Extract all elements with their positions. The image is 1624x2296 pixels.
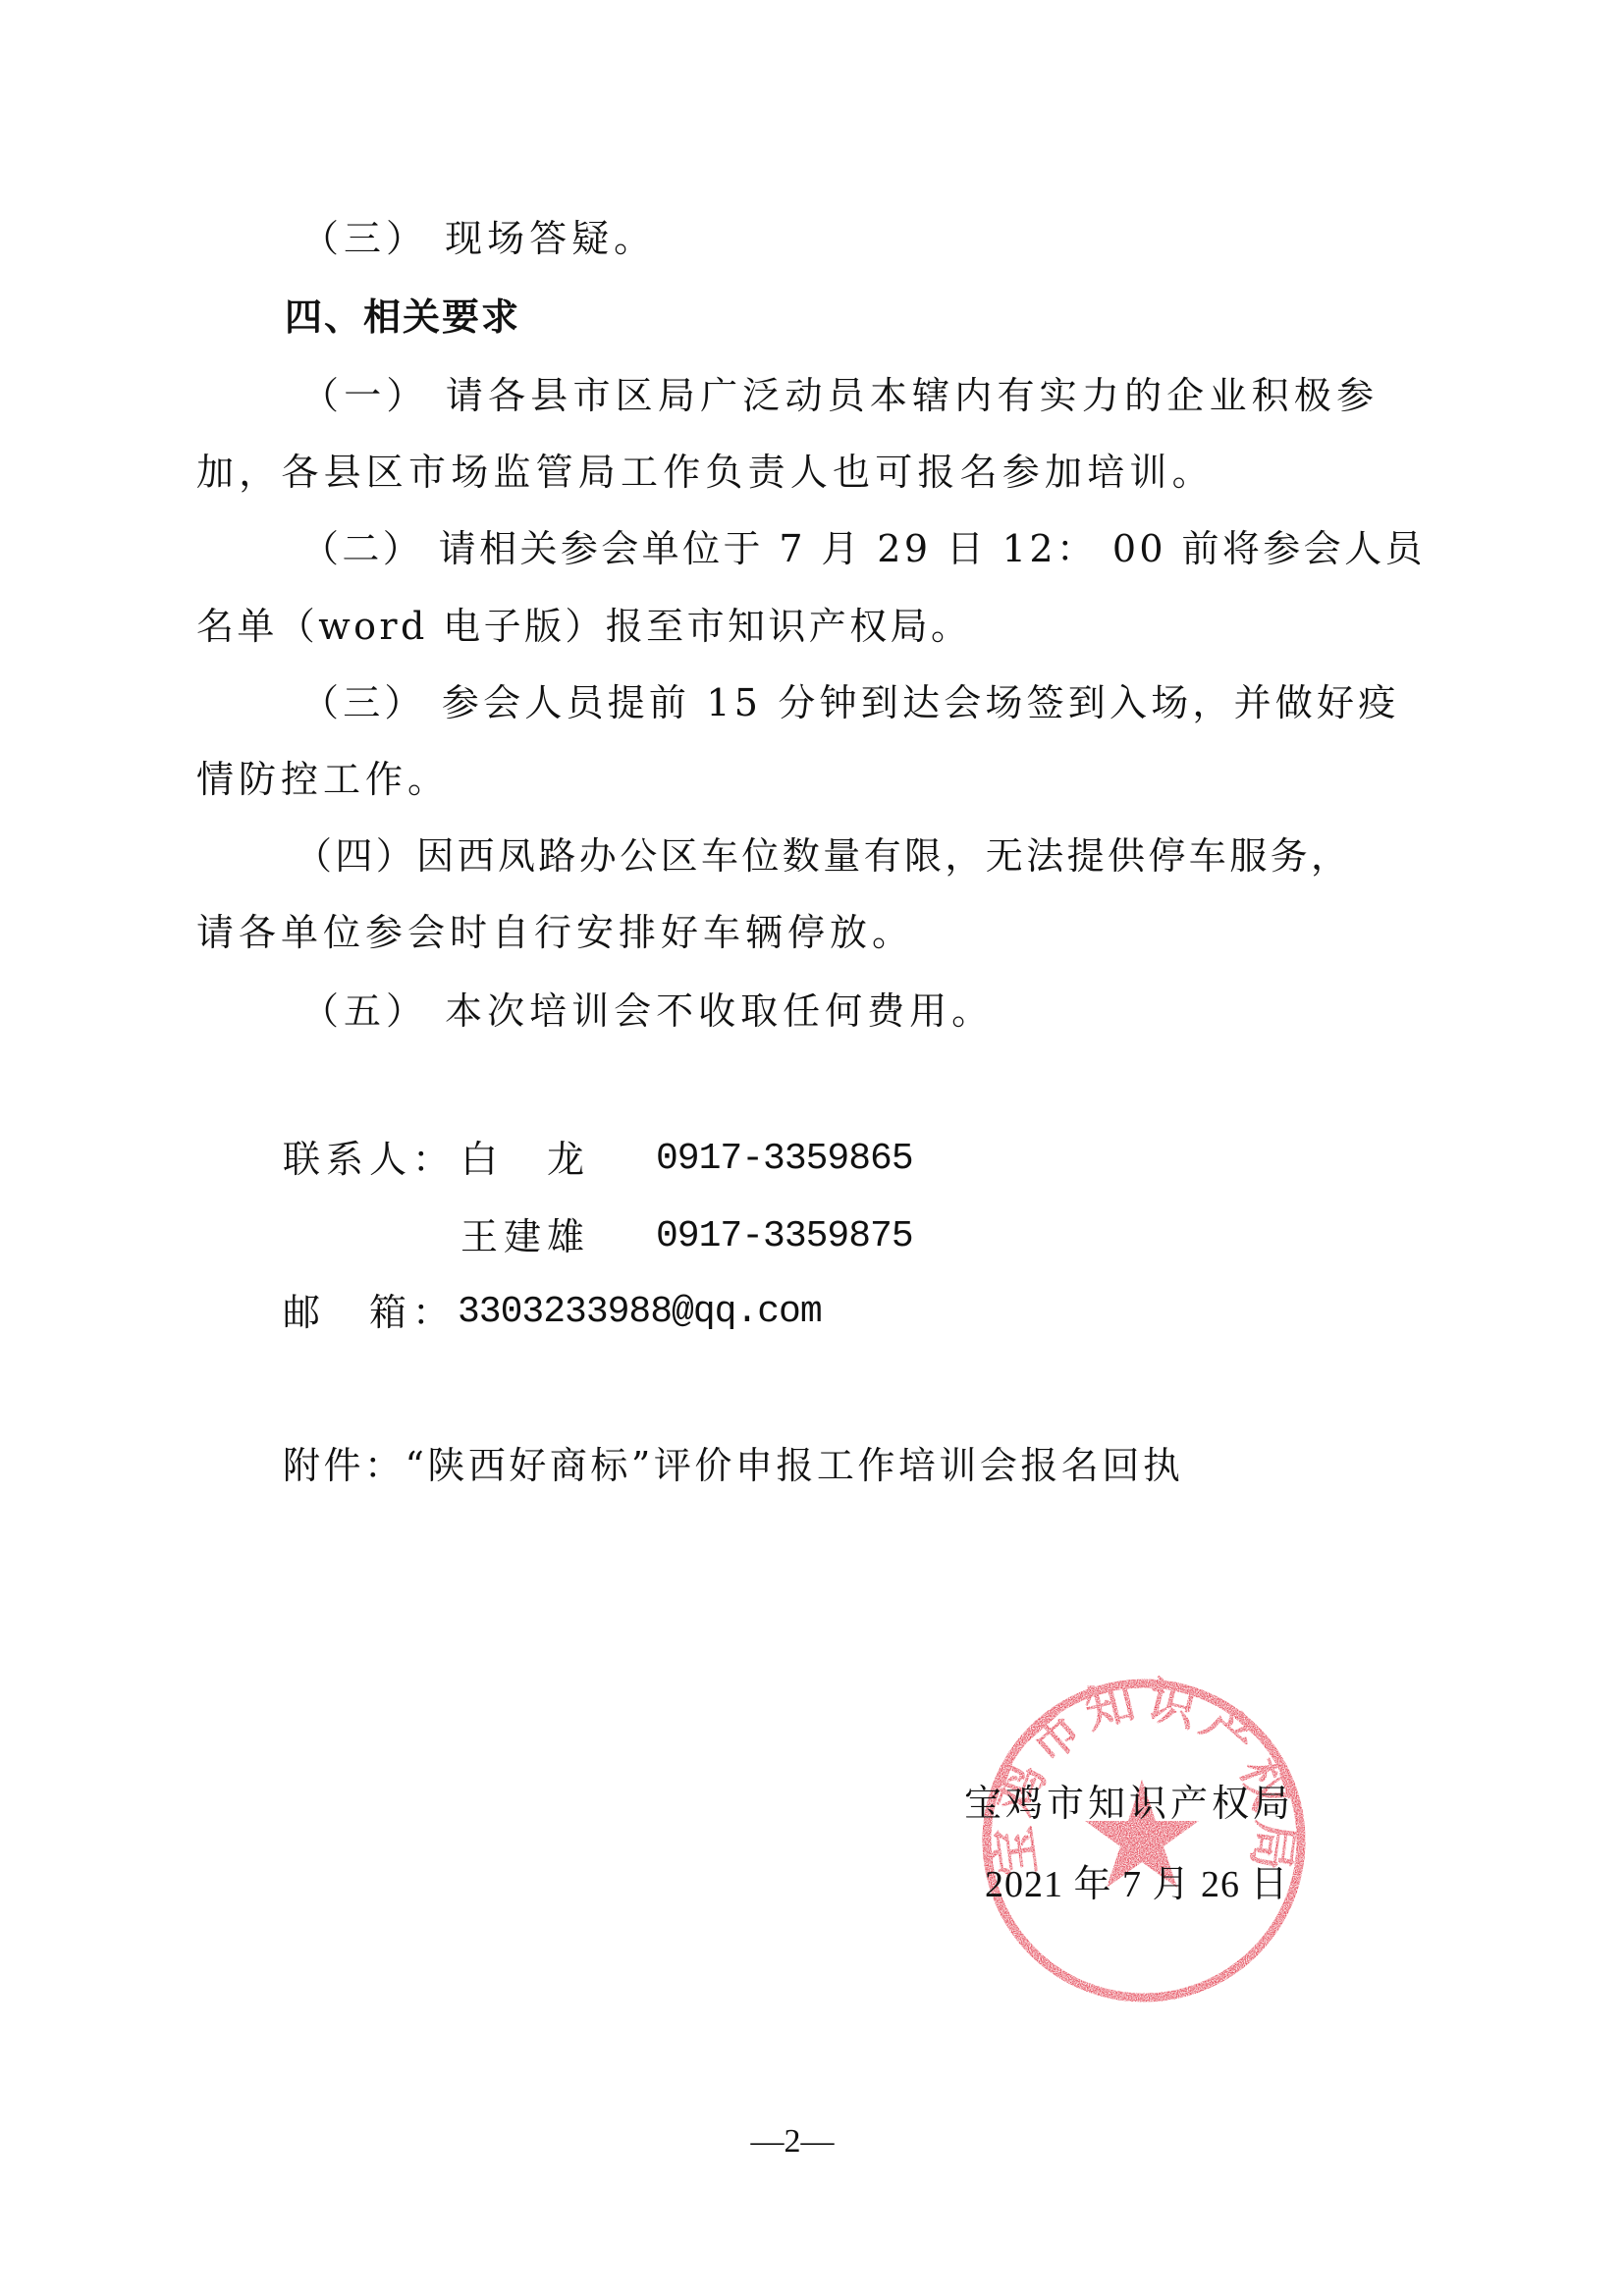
- section3-item3: （三） 现场答疑。: [301, 214, 656, 263]
- requirement-4-line-1: （四）因西凤路办公区车位数量有限，无法提供停车服务，: [295, 831, 1351, 881]
- contact-name-1: 白 龙: [460, 1135, 590, 1184]
- requirement-3-line-2: 情防控工作。: [196, 755, 450, 804]
- section-heading: 四、相关要求: [285, 293, 520, 342]
- requirement-2-line-2: 名单（word 电子版）报至市知识产权局。: [196, 602, 971, 651]
- contact-label: 联系人：: [283, 1135, 456, 1184]
- requirement-3-line-1: （三） 参会人员提前 15 分钟到达会场签到入场，并做好疫: [301, 678, 1399, 727]
- signature-date: 2021 年 7 月 26 日: [985, 1860, 1289, 1909]
- requirement-5-line-1: （五） 本次培训会不收取任何费用。: [301, 987, 994, 1036]
- signature-org: 宝鸡市知识产权局: [964, 1779, 1294, 1828]
- contact-name-2: 王建雄: [460, 1212, 590, 1261]
- requirement-4-line-2: 请各单位参会时自行安排好车辆停放。: [196, 908, 914, 957]
- email-label: 邮 箱：: [283, 1288, 456, 1337]
- page-number: —2—: [743, 2122, 841, 2162]
- attachment-note: 附件：“陕西好商标”评价申报工作培训会报名回执: [283, 1441, 1183, 1490]
- contact-phone-2: 0917-3359875: [656, 1212, 913, 1261]
- email-address[interactable]: 3303233988@qq.com: [458, 1288, 822, 1337]
- contact-phone-1: 0917-3359865: [656, 1135, 913, 1184]
- requirement-1-line-1: （一） 请各县市区局广泛动员本辖内有实力的企业积极参: [301, 371, 1379, 420]
- official-stamp: 宝鸡市知识产权局: [977, 1674, 1311, 2007]
- requirement-1-line-2: 加，各县区市场监管局工作负责人也可报名参加培训。: [196, 448, 1215, 497]
- requirement-2-line-1: （二） 请相关参会单位于 7 月 29 日 12： 00 前将参会人员: [301, 524, 1426, 573]
